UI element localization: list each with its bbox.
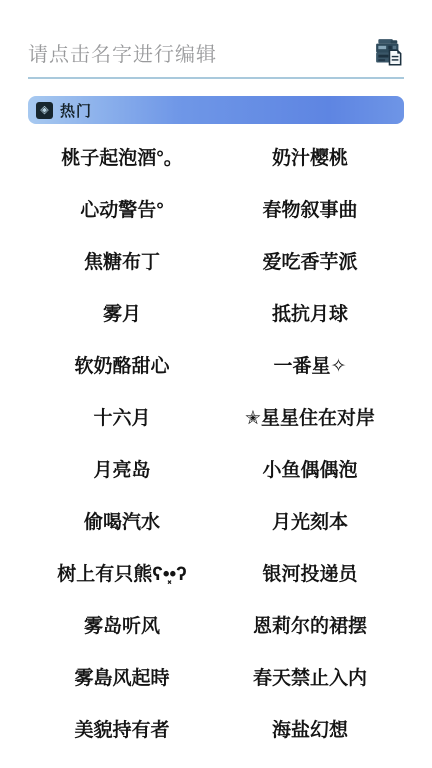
name-item[interactable]: 银河投递员 [216,559,404,586]
hot-section-bar: ◈ 热门 [28,96,404,124]
name-picker-page: 请点击名字进行编辑 [0,0,432,768]
name-item[interactable]: 海盐幻想 [216,715,404,742]
copier-icon [375,55,404,70]
name-row: 树上有只熊ʕ•͓•ʔ 银河投递员 [28,546,404,598]
name-row: 雾月 抵抗月球 [28,286,404,338]
name-item[interactable]: 桃子起泡酒°。 [28,143,216,170]
name-row: 桃子起泡酒°。 奶汁樱桃 [28,130,404,182]
name-item[interactable]: 小鱼偶偶泡 [216,455,404,482]
name-row: 美貌持有者 海盐幻想 [28,702,404,754]
name-item[interactable]: 焦糖布丁 [28,247,216,274]
name-item[interactable]: 恩莉尔的裙摆 [216,611,404,638]
name-item[interactable]: 雾月 [28,299,216,326]
name-row: 雾島风起時 春天禁止入内 [28,650,404,702]
name-item[interactable]: 奶汁樱桃 [216,143,404,170]
name-item[interactable]: 美貌持有者 [28,715,216,742]
name-row: 软奶酪甜心 一番星✧ [28,338,404,390]
copy-button[interactable] [375,38,404,67]
name-row: 雾岛听风 恩莉尔的裙摆 [28,598,404,650]
name-item[interactable]: 心动警告° [28,195,216,222]
name-item[interactable]: 抵抗月球 [216,299,404,326]
name-item[interactable]: 月光刻本 [216,507,404,534]
name-item[interactable]: 树上有只熊ʕ•͓•ʔ [28,559,216,586]
name-item[interactable]: 软奶酪甜心 [28,351,216,378]
name-item[interactable]: 雾岛听风 [28,611,216,638]
hot-section-label: 热门 [60,100,92,121]
name-row: 偷喝汽水 月光刻本 [28,494,404,546]
name-item[interactable]: 一番星✧ [216,351,404,378]
name-item[interactable]: 十六月 [28,403,216,430]
edit-hint-title: 请点击名字进行编辑 [28,38,217,67]
name-item[interactable]: 春天禁止入内 [216,663,404,690]
gem-icon: ◈ [36,102,53,119]
name-item[interactable]: 春物叙事曲 [216,195,404,222]
name-row: 心动警告° 春物叙事曲 [28,182,404,234]
name-row: 十六月 ✭星星住在对岸 [28,390,404,442]
name-item[interactable]: 偷喝汽水 [28,507,216,534]
name-item[interactable]: ✭星星住在对岸 [216,403,404,430]
name-row: 月亮岛 小鱼偶偶泡 [28,442,404,494]
name-list: 桃子起泡酒°。 奶汁樱桃 心动警告° 春物叙事曲 焦糖布丁 爱吃香芋派 雾月 抵… [0,130,432,754]
header: 请点击名字进行编辑 [28,0,404,79]
name-item[interactable]: 月亮岛 [28,455,216,482]
name-item[interactable]: 爱吃香芋派 [216,247,404,274]
name-row: 焦糖布丁 爱吃香芋派 [28,234,404,286]
name-item[interactable]: 雾島风起時 [28,663,216,690]
